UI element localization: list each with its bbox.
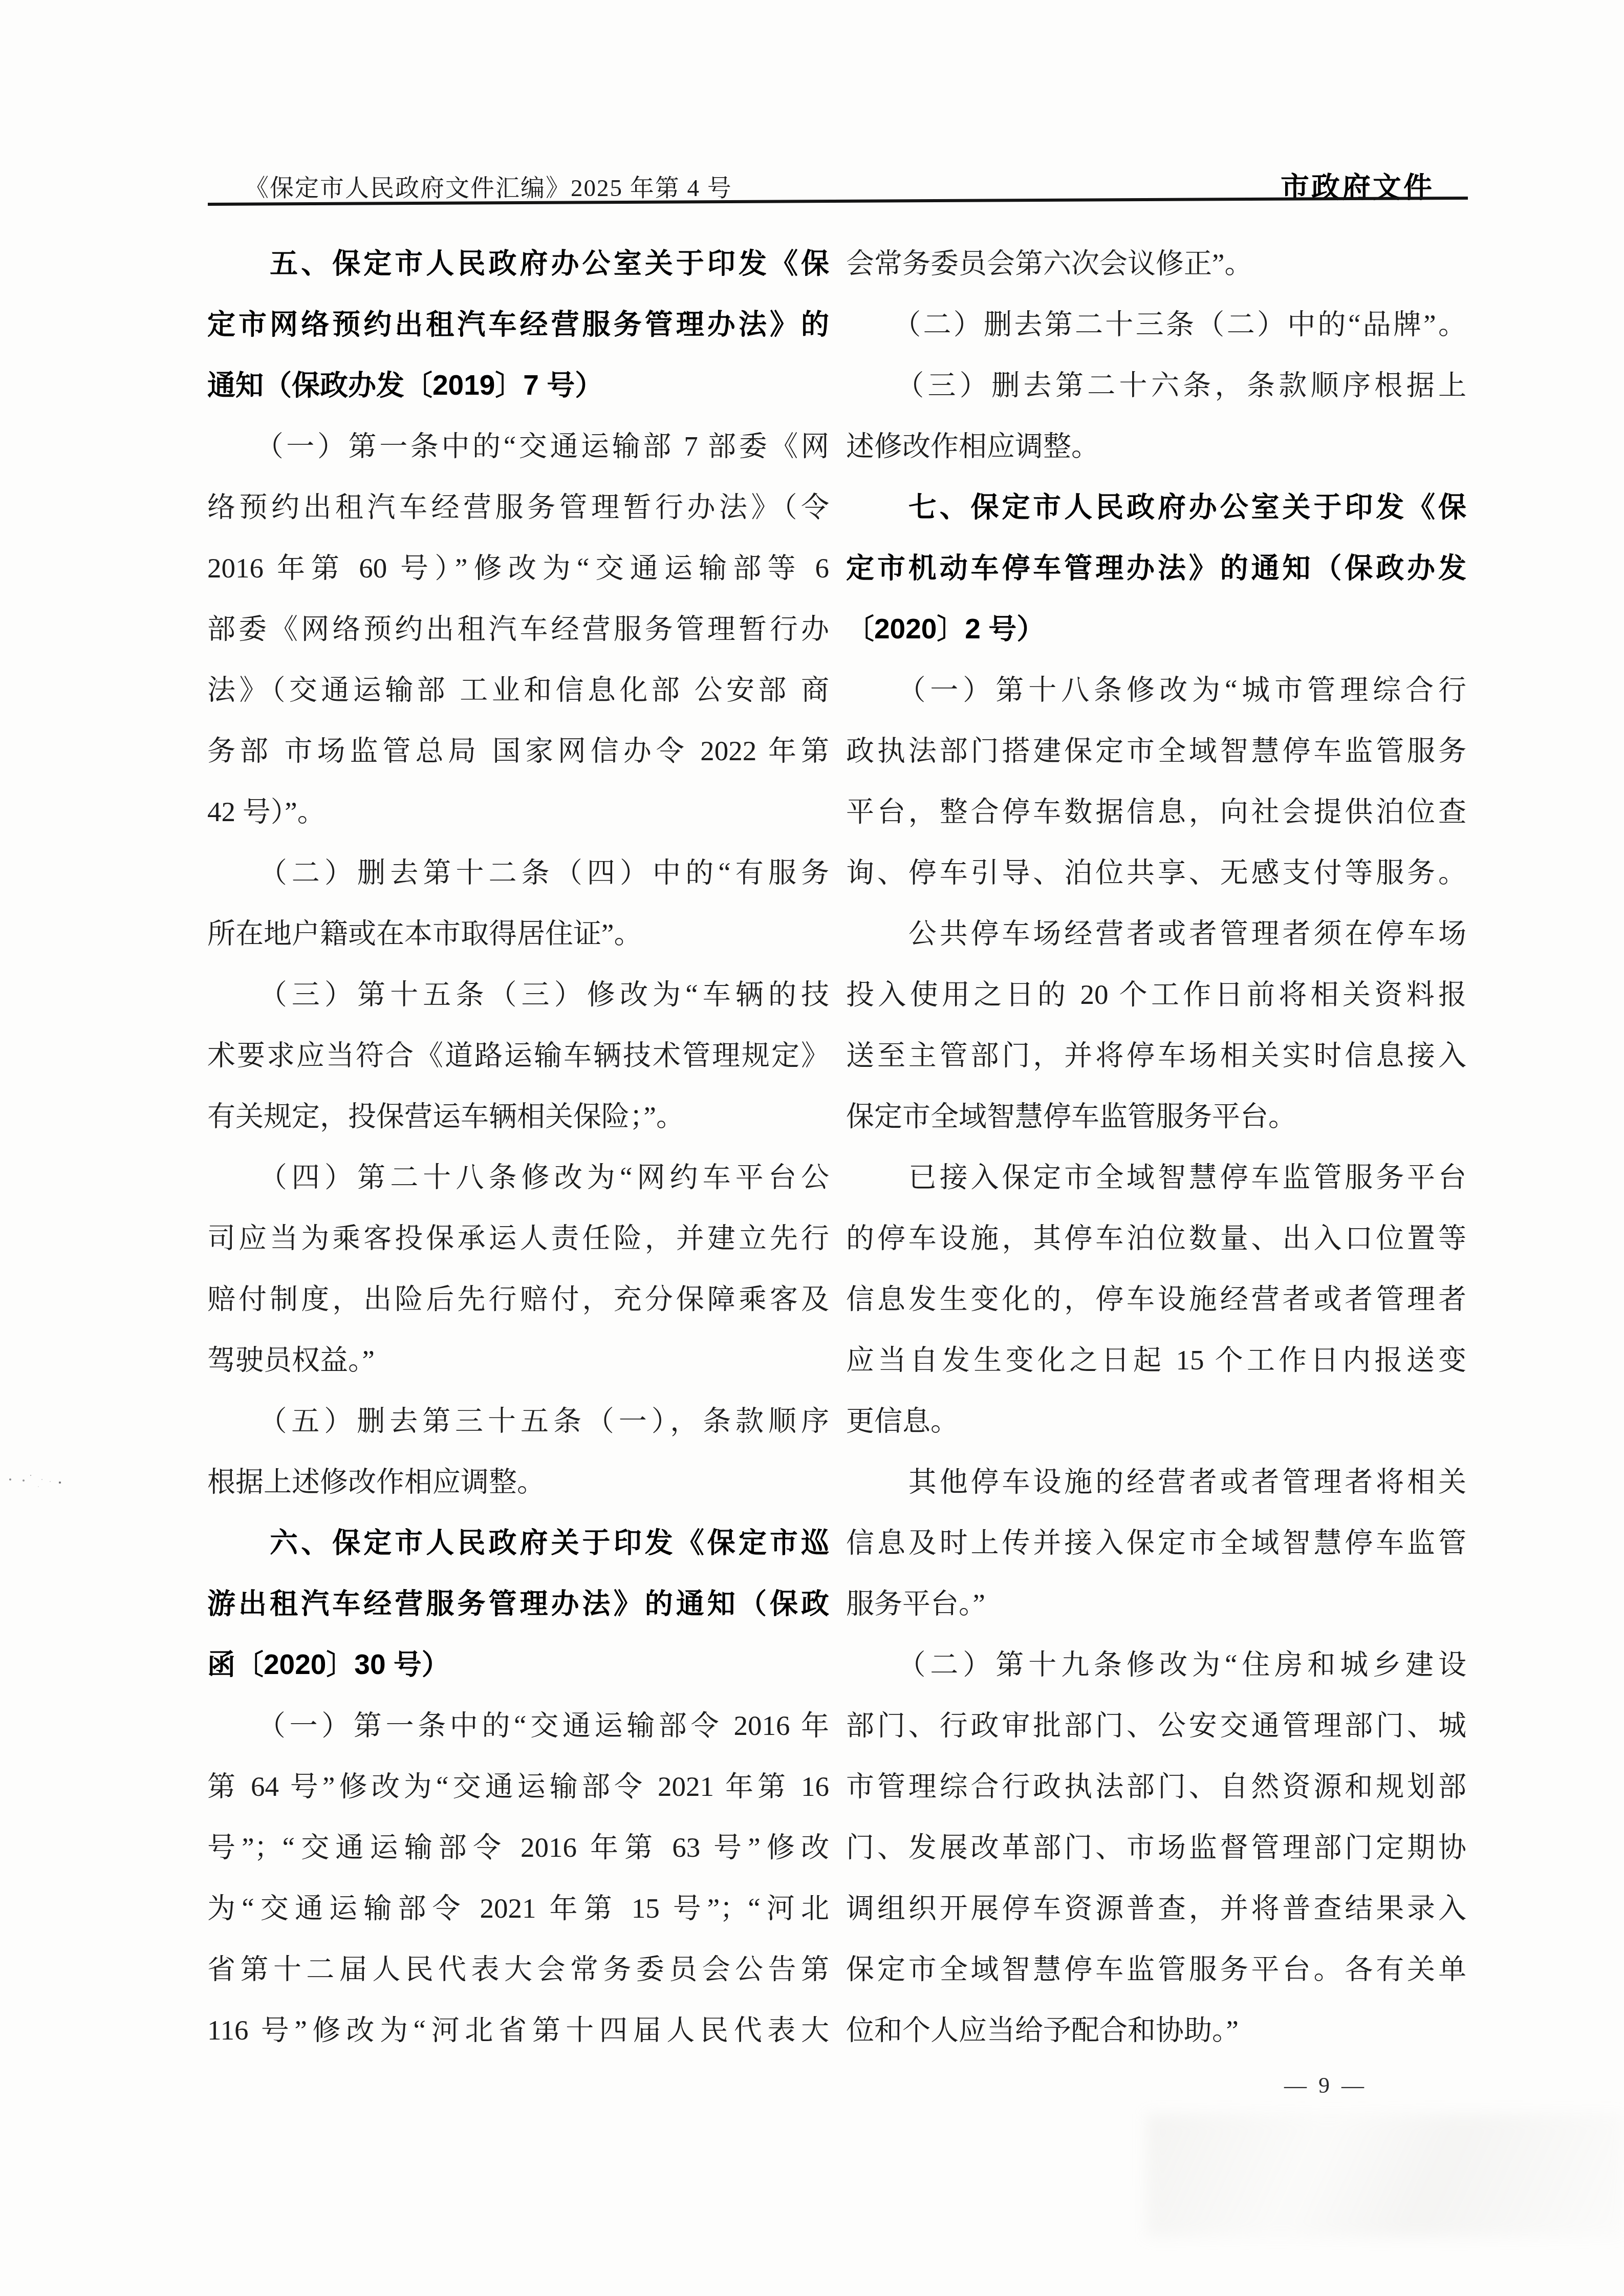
text-line: （三）删去第二十六条，条款顺序根据上 [846, 355, 1466, 416]
text-line: 其他停车设施的经营者或者管理者将相关 [846, 1451, 1466, 1512]
compilation-title: 《保定市人民政府文件汇编》2025 年第 4 号 [245, 169, 732, 203]
text-line: （二）删去第二十三条（二）中的“品牌”。 [846, 294, 1466, 355]
text-line: 政执法部门搭建保定市全域智慧停车监管服务 [846, 720, 1466, 781]
scanned-document-page: 《保定市人民政府文件汇编》2025 年第 4 号 市政府文件 五、保定市人民政府… [0, 0, 1624, 2296]
scan-speck-marks [9, 1478, 11, 1480]
text-line: 法》（交通运输部 工业和信息化部 公安部 商 [207, 659, 829, 720]
text-line: 定市机动车停车管理办法》的通知（保政办发 [846, 538, 1466, 598]
text-line: 务部 市场监管总局 国家网信办令 2022 年第 [207, 720, 829, 781]
text-line: 络预约出租汽车经营服务管理暂行办法》（令 [207, 477, 829, 538]
text-line: 有关规定，投保营运车辆相关保险；”。 [207, 1086, 829, 1147]
text-line: 更信息。 [846, 1390, 1466, 1451]
text-line: 信息发生变化的，停车设施经营者或者管理者 [846, 1269, 1466, 1329]
text-line: （一）第一条中的“交通运输部令 2016 年 [207, 1695, 829, 1756]
text-column-left: 五、保定市人民政府办公室关于印发《保定市网络预约出租汽车经营服务管理办法》的通知… [207, 233, 829, 2061]
text-line: 的停车设施，其停车泊位数量、出入口位置等 [846, 1208, 1466, 1269]
text-line: 定市网络预约出租汽车经营服务管理办法》的 [207, 294, 829, 355]
text-line: 游出租汽车经营服务管理办法》的通知（保政 [207, 1573, 829, 1634]
text-line: 信息及时上传并接入保定市全域智慧停车监管 [846, 1512, 1466, 1573]
text-line: 驾驶员权益。” [207, 1329, 829, 1390]
text-line: 七、保定市人民政府办公室关于印发《保 [846, 477, 1466, 538]
text-line: （三）第十五条（三）修改为“车辆的技 [207, 964, 829, 1025]
text-line: 服务平台。” [846, 1573, 1466, 1634]
text-line: 第 64 号”修改为“交通运输部令 2021 年第 16 [207, 1756, 829, 1817]
text-line: 省第十二届人民代表大会常务委员会公告第 [207, 1939, 829, 2000]
text-line: （一）第十八条修改为“城市管理综合行 [846, 659, 1466, 720]
text-line: 平台，整合停车数据信息，向社会提供泊位查 [846, 781, 1466, 842]
text-line: 送至主管部门，并将停车场相关实时信息接入 [846, 1025, 1466, 1086]
text-line: （一）第一条中的“交通运输部 7 部委《网 [207, 416, 829, 477]
text-line: 函〔2020〕30 号） [207, 1634, 829, 1695]
text-line: 为“交通运输部令 2021 年第 15 号”；“河北 [207, 1878, 829, 1939]
text-line: 号”；“交通运输部令 2016 年第 63 号”修改 [207, 1817, 829, 1878]
text-line: 通知（保政办发〔2019〕7 号） [207, 355, 829, 416]
text-line: 市管理综合行政执法部门、自然资源和规划部 [846, 1756, 1466, 1817]
text-line: 公共停车场经营者或者管理者须在停车场 [846, 903, 1466, 964]
text-line: 六、保定市人民政府关于印发《保定市巡 [207, 1512, 829, 1573]
text-line: （五）删去第三十五条（一），条款顺序 [207, 1390, 829, 1451]
text-line: 所在地户籍或在本市取得居住证”。 [207, 903, 829, 964]
text-line: 部门、行政审批部门、公安交通管理部门、城 [846, 1695, 1466, 1756]
text-line: 询、停车引导、泊位共享、无感支付等服务。 [846, 842, 1466, 903]
text-line: （二）第十九条修改为“住房和城乡建设 [846, 1634, 1466, 1695]
text-line: 位和个人应当给予配合和协助。” [846, 2000, 1466, 2061]
text-line: 五、保定市人民政府办公室关于印发《保 [207, 233, 829, 294]
text-line: 已接入保定市全域智慧停车监管服务平台 [846, 1147, 1466, 1208]
text-line: 保定市全域智慧停车监管服务平台。 [846, 1086, 1466, 1147]
text-line: 〔2020〕2 号） [846, 598, 1466, 659]
text-line: 门、发展改革部门、市场监督管理部门定期协 [846, 1817, 1466, 1878]
text-line: 根据上述修改作相应调整。 [207, 1451, 829, 1512]
text-line: 术要求应当符合《道路运输车辆技术管理规定》 [207, 1025, 829, 1086]
text-line: 述修改作相应调整。 [846, 416, 1466, 477]
text-line: （二）删去第十二条（四）中的“有服务 [207, 842, 829, 903]
text-line: 调组织开展停车资源普查，并将普查结果录入 [846, 1878, 1466, 1939]
page-number: — 9 — [1264, 2072, 1387, 2098]
text-line: 保定市全域智慧停车监管服务平台。各有关单 [846, 1939, 1466, 2000]
text-line: 2016 年第 60 号）”修改为“交通运输部等 6 [207, 538, 829, 598]
text-line: 司应当为乘客投保承运人责任险，并建立先行 [207, 1208, 829, 1269]
text-line: 投入使用之日的 20 个工作日前将相关资料报 [846, 964, 1466, 1025]
text-line: （四）第二十八条修改为“网约车平台公 [207, 1147, 829, 1208]
text-line: 赔付制度，出险后先行赔付，充分保障乘客及 [207, 1269, 829, 1329]
text-line: 会常务委员会第六次会议修正”。 [846, 233, 1466, 294]
text-line: 部委《网络预约出租汽车经营服务管理暂行办 [207, 598, 829, 659]
scan-smudge [1146, 2114, 1624, 2237]
text-line: 应当自发生变化之日起 15 个工作日内报送变 [846, 1329, 1466, 1390]
text-line: 42 号）”。 [207, 781, 829, 842]
text-column-right: 会常务委员会第六次会议修正”。 （二）删去第二十三条（二）中的“品牌”。 （三）… [846, 233, 1466, 2061]
text-line: 116 号”修改为“河北省第十四届人民代表大 [207, 2000, 829, 2061]
